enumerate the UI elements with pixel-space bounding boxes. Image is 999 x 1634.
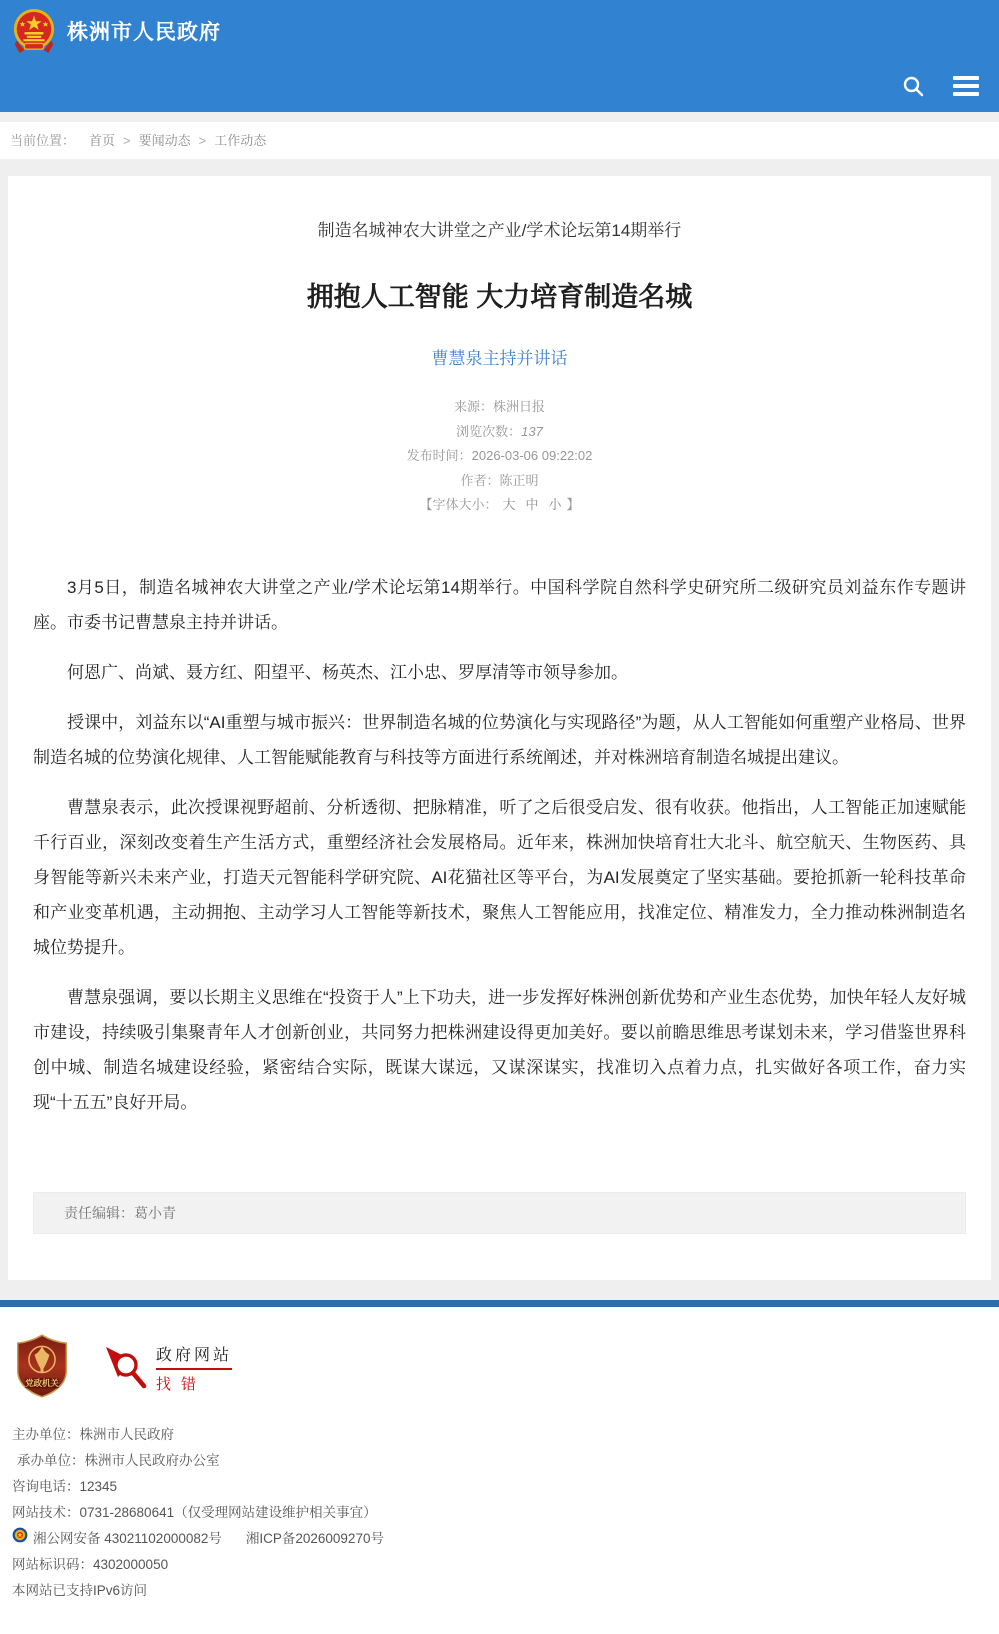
breadcrumb-news[interactable]: 要闻动态 [139,133,191,148]
font-size-small-button[interactable]: 小 [549,497,562,512]
error-magnifier-icon [104,1343,148,1393]
footer-phone-value: 12345 [80,1474,118,1500]
breadcrumb-work-news[interactable]: 工作动态 [214,133,266,148]
footer-site-code-label: 网站标识码： [12,1552,93,1578]
footer-organizer: 承办单位：株洲市人民政府办公室 [12,1448,979,1474]
footer-phone: 咨询电话：12345 [12,1474,979,1500]
font-size-large-button[interactable]: 大 [502,497,515,512]
font-size-control: 【字体大小：大中小】 [33,493,966,518]
svg-text:党政机关: 党政机关 [25,1378,59,1388]
meta-author-label: 作者： [460,473,499,488]
footer-sponsor: 主办单位：株洲市人民政府 [12,1422,979,1448]
meta-source-label: 来源： [454,399,493,414]
police-record-link[interactable]: 湘公网安备 43021102000082号 [33,1526,222,1552]
breadcrumb: 当前位置：首页>要闻动态>工作动态 [0,122,999,159]
article-subtitle: 曹慧泉主持并讲话 [33,344,966,369]
meta-author: 作者：陈正明 [33,469,966,494]
font-size-prefix: 【字体大小： [419,497,497,512]
breadcrumb-home[interactable]: 首页 [89,133,115,148]
article-paragraph: 曹慧泉表示，此次授课视野超前、分析透彻、把脉精准，听了之后很受启发、很有收获。他… [33,790,966,965]
article-paragraph: 何恩广、尚斌、聂方红、阳望平、杨英杰、江小忠、罗厚清等市领导参加。 [33,655,966,690]
editor-box: 责任编辑：葛小青 [33,1192,966,1234]
footer-badges: 党政机关 政府网站 找错 [14,1333,979,1404]
meta-source: 来源：株洲日报 [33,395,966,420]
breadcrumb-separator: > [123,133,131,148]
footer-phone-label: 咨询电话： [12,1474,80,1500]
article-paragraph: 曹慧泉强调，要以长期主义思维在“投资于人”上下功夫，进一步发挥好株洲创新优势和产… [33,980,966,1120]
font-size-medium-button[interactable]: 中 [525,497,538,512]
site-logo-link[interactable]: 株洲市人民政府 [0,0,999,54]
meta-author-value: 陈正明 [500,473,539,488]
header-actions [901,74,979,98]
site-footer: 党政机关 政府网站 找错 主办单位：株洲市人民政府 承办单位：株洲 [0,1307,999,1634]
footer-info: 主办单位：株洲市人民政府 承办单位：株洲市人民政府办公室 咨询电话：12345 … [12,1422,979,1604]
article-paragraph: 授课中，刘益东以“AI重塑与城市振兴：世界制造名城的位势演化与实现路径”为题，从… [33,705,966,775]
editor-name: 葛小青 [134,1205,176,1221]
error-badge-text: 政府网站 找错 [156,1342,232,1394]
page: 株洲市人民政府 当前位置：首页>要闻动态>工作动态 制造名城神农大讲堂之产业/学… [0,0,999,1634]
footer-site-code-value: 4302000050 [93,1552,168,1578]
hamburger-menu-icon[interactable] [953,76,979,96]
footer-divider [0,1300,999,1307]
site-header: 株洲市人民政府 [0,0,999,112]
article-meta: 来源：株洲日报 浏览次数：137 发布时间：2026-03-06 09:22:0… [33,395,966,518]
article-card: 制造名城神农大讲堂之产业/学术论坛第14期举行 拥抱人工智能 大力培育制造名城 … [8,176,991,1280]
footer-site-code: 网站标识码：4302000050 [12,1552,979,1578]
party-government-shield-badge[interactable]: 党政机关 [14,1333,70,1404]
footer-organizer-label: 承办单位： [17,1448,85,1474]
font-size-suffix: 】 [567,497,580,512]
footer-sponsor-value: 株洲市人民政府 [80,1422,175,1448]
error-badge-line2: 找错 [156,1373,232,1394]
icp-record-link[interactable]: 湘ICP备2026009270号 [246,1526,384,1552]
article-paragraph: 3月5日，制造名城神农大讲堂之产业/学术论坛第14期举行。中国科学院自然科学史研… [33,570,966,640]
national-emblem-logo [11,8,57,54]
footer-sponsor-label: 主办单位： [12,1422,80,1448]
footer-tech: 网站技术：0731-28680641（仅受理网站建设维护相关事宜） [12,1500,979,1526]
footer-ipv6-text: 本网站已支持IPv6访问 [12,1578,147,1604]
footer-tech-value: 0731-28680641（仅受理网站建设维护相关事宜） [80,1500,377,1526]
article-body: 3月5日，制造名城神农大讲堂之产业/学术论坛第14期举行。中国科学院自然科学史研… [33,570,966,1120]
footer-records: 湘公网安备 43021102000082号 湘ICP备2026009270号 [12,1526,979,1552]
breadcrumb-separator: > [199,133,207,148]
breadcrumb-label: 当前位置： [10,133,75,148]
meta-views-value: 137 [521,424,543,439]
police-emblem-icon [12,1526,28,1552]
article-title: 拥抱人工智能 大力培育制造名城 [33,275,966,314]
footer-organizer-value: 株洲市人民政府办公室 [85,1448,220,1474]
footer-tech-label: 网站技术： [12,1500,80,1526]
footer-ipv6: 本网站已支持IPv6访问 [12,1578,979,1604]
meta-publish-time: 发布时间：2026-03-06 09:22:02 [33,444,966,469]
meta-publish-value: 2026-03-06 09:22:02 [472,448,593,463]
meta-publish-label: 发布时间： [407,448,472,463]
meta-views: 浏览次数：137 [33,420,966,445]
editor-label: 责任编辑： [64,1205,134,1221]
meta-source-value: 株洲日报 [493,399,545,414]
search-icon[interactable] [901,74,925,98]
article-supertitle: 制造名城神农大讲堂之产业/学术论坛第14期举行 [33,216,966,241]
site-title: 株洲市人民政府 [67,16,221,46]
website-error-report-badge[interactable]: 政府网站 找错 [104,1342,232,1394]
error-badge-line1: 政府网站 [156,1342,232,1370]
meta-views-label: 浏览次数： [456,424,521,439]
